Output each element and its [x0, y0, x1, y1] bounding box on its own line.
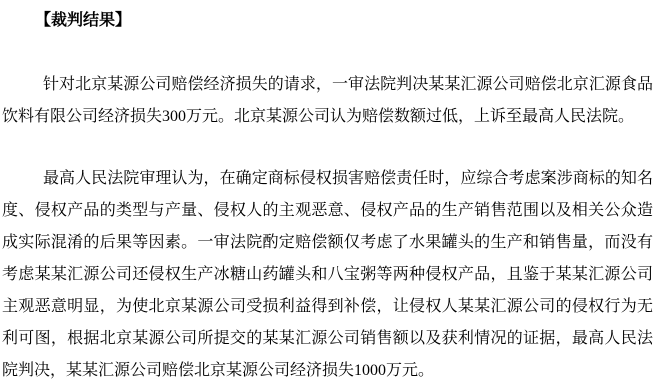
document-page: 【裁判结果】 针对北京某源公司赔偿经济损失的请求，一审法院判决某某汇源公司赔偿北…: [0, 0, 659, 392]
paragraph-supreme-court-ruling: 最高人民法院审理认为，在确定商标侵权损害赔偿责任时，应综合考虑案涉商标的知名度、…: [2, 163, 653, 387]
paragraph-first-instance-ruling: 针对北京某源公司赔偿经济损失的请求，一审法院判决某某汇源公司赔偿北京汇源食品饮料…: [2, 69, 653, 133]
section-title: 【裁判结果】: [35, 5, 653, 37]
